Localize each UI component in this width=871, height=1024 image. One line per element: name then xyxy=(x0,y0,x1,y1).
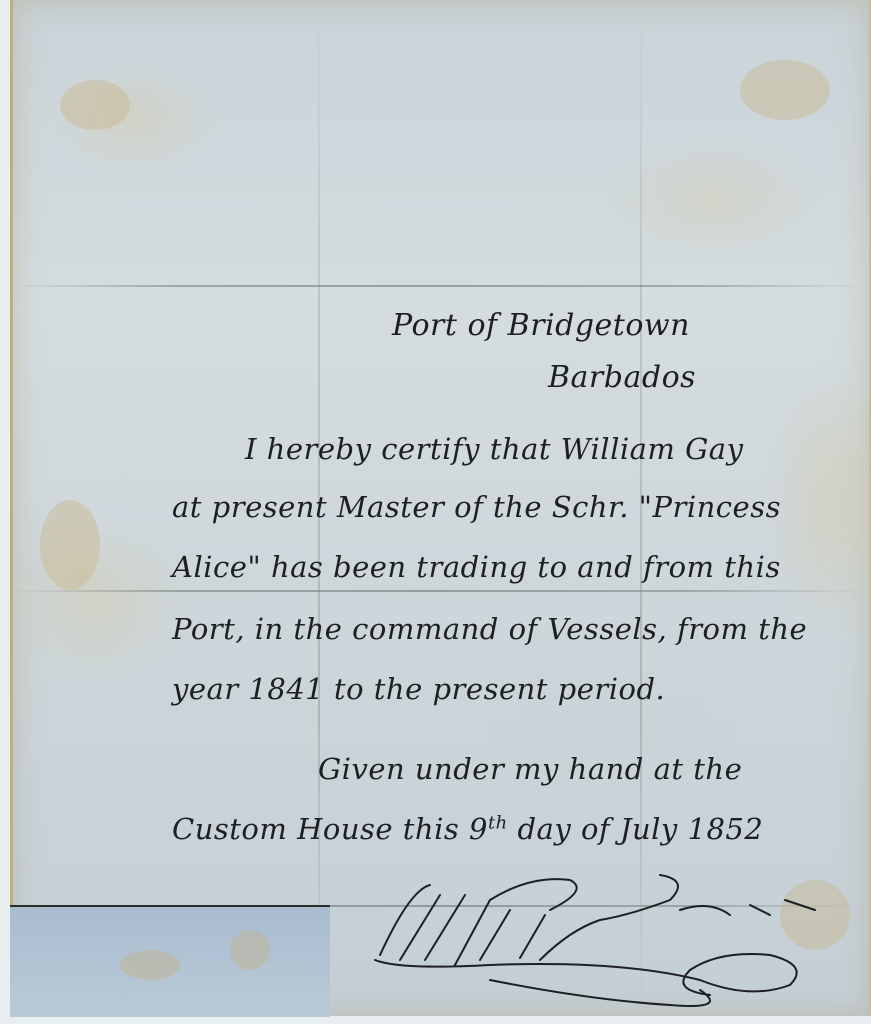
fold-crease xyxy=(10,590,866,592)
heading-port: Port of Bridgetown xyxy=(392,308,690,343)
body-line: I hereby certify that William Gay xyxy=(245,432,743,466)
body-line: Alice" has been trading to and from this xyxy=(172,550,781,584)
stain xyxy=(40,500,100,590)
heading-island: Barbados xyxy=(548,360,696,395)
stain xyxy=(230,930,270,970)
closing-line: Given under my hand at the xyxy=(318,752,742,786)
ordinal-suffix: th xyxy=(488,812,508,833)
signature-icon xyxy=(370,870,830,1010)
stain xyxy=(120,950,180,980)
body-line: Port, in the command of Vessels, from th… xyxy=(172,612,807,646)
fold-crease xyxy=(10,285,866,287)
closing-date-text: Custom House this 9 xyxy=(172,812,488,846)
body-line: at present Master of the Schr. "Princess xyxy=(172,490,781,524)
closing-date-line: Custom House this 9th day of July 1852 xyxy=(172,812,763,846)
stain xyxy=(740,60,830,120)
closing-date-rest: day of July 1852 xyxy=(508,812,764,846)
stain xyxy=(60,80,130,130)
body-line: year 1841 to the present period. xyxy=(172,672,665,706)
